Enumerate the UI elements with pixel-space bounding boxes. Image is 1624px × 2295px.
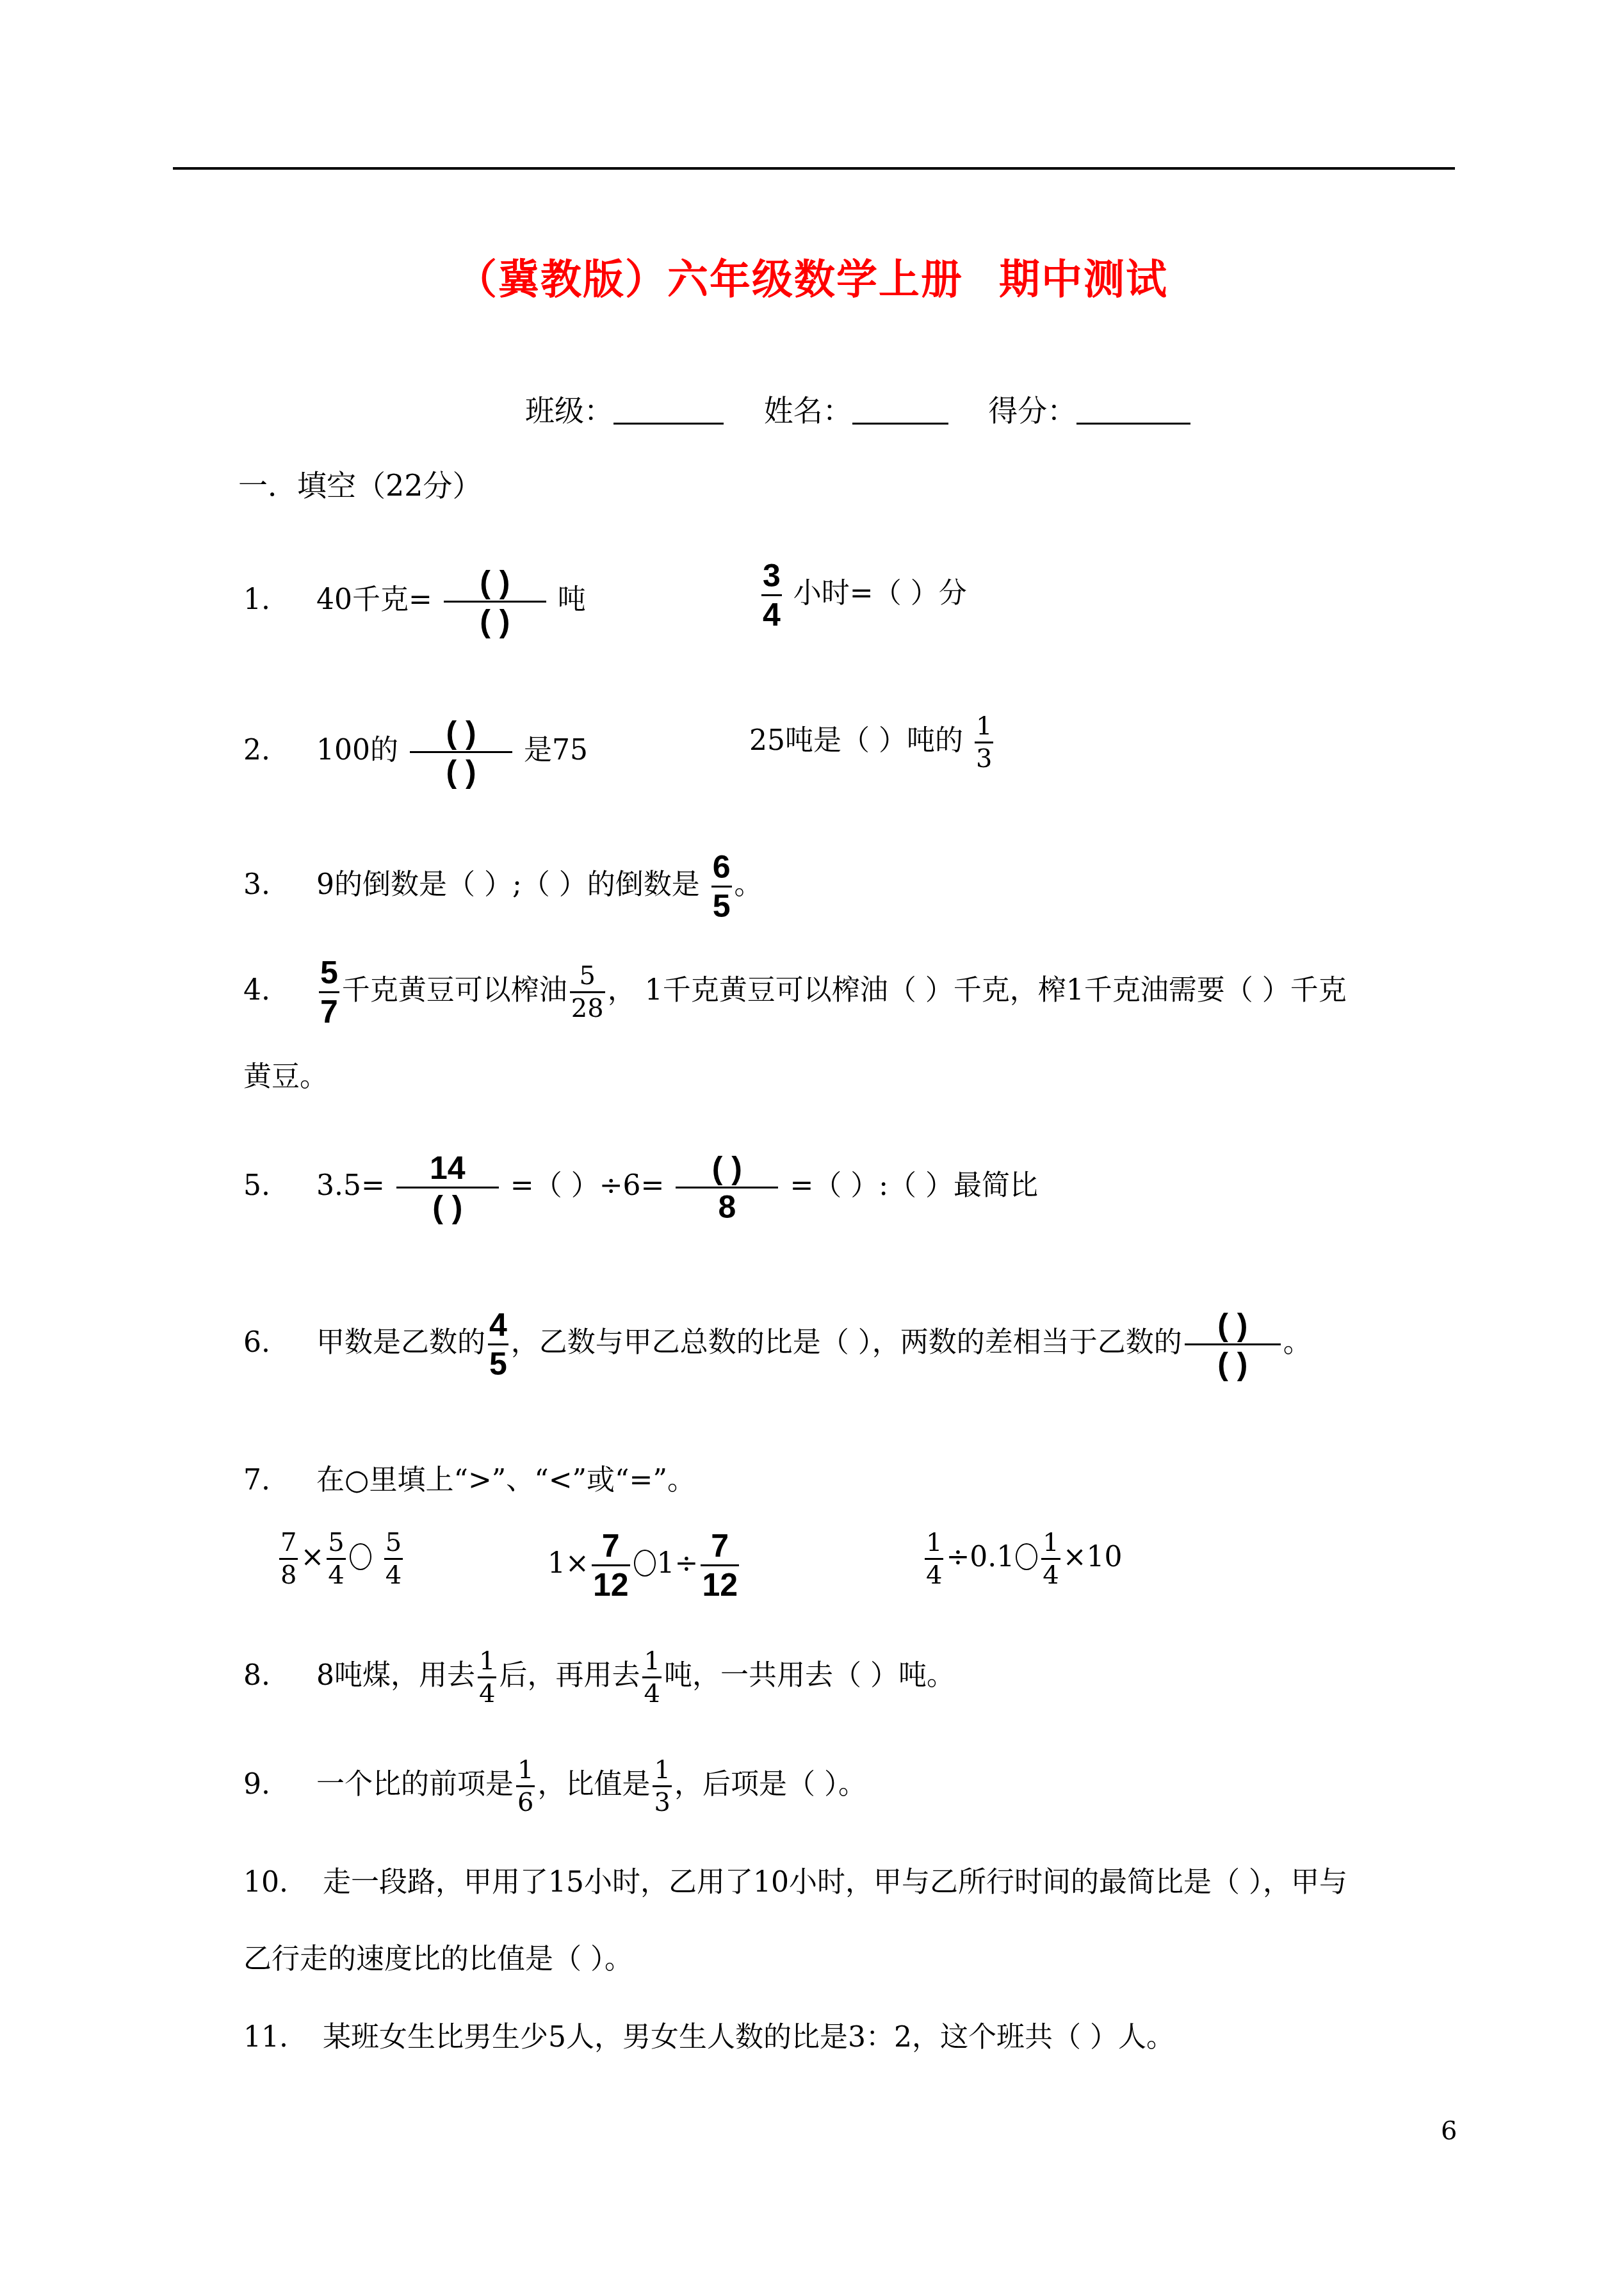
answer-blank[interactable]: =（ ）÷6= (510, 1169, 665, 1202)
compare-item-1: 78×54 54 (277, 1527, 405, 1591)
fraction-blank[interactable]: 14( ) (396, 1149, 499, 1226)
question-1: 1. 40千克= ( )( ) 吨 (243, 564, 586, 640)
question-1b: 34 小时=（ ）分 (759, 557, 967, 633)
question-10-cont[interactable]: 乙行走的速度比的比值是（ ）。 (243, 1945, 633, 1974)
student-info: 班级： 姓名： 得分： (525, 387, 1221, 430)
question-2b: 25吨是（ ）吨的 13 (749, 711, 996, 774)
section-heading: 一．填空（22分） (238, 462, 482, 505)
score-field[interactable]: 得分： (988, 387, 1190, 430)
page-number: 6 (1441, 2116, 1457, 2146)
class-field[interactable]: 班级： (525, 387, 724, 430)
answer-blank[interactable]: ， 1千克黄豆可以榨油（ ）千克，榨1千克油需要（ ）千克 (608, 974, 1347, 1007)
question-11: 11. 某班女生比男生少5人，男女生人数的比是3：2，这个班共（ ）人。 (243, 2023, 1174, 2052)
question-4: 4. 57千克黄豆可以榨油528， 1千克黄豆可以榨油（ ）千克，榨1千克油需要… (243, 954, 1347, 1030)
answer-blank[interactable]: 9的倒数是（ ）;（ ）的倒数是 (316, 868, 700, 901)
question-4-cont: 黄豆。 (243, 1063, 328, 1091)
exam-page: （冀教版）六年级数学上册期中测试 班级： 姓名： 得分： 一．填空（22分） 1… (0, 0, 1624, 2295)
answer-blank[interactable]: 走一段路，甲用了15小时，乙用了10小时，甲与乙所行时间的最简比是（ ），甲与 (323, 1866, 1347, 1899)
question-8: 8. 8吨煤，用去14后，再用去14吨，一共用去（ ）吨。 (243, 1646, 955, 1709)
question-7: 7. 在○里填上“>”、“<”或“=”。 (243, 1466, 695, 1495)
compare-circle[interactable] (634, 1550, 656, 1577)
answer-blank[interactable]: ，乙数与甲乙总数的比是（ ），两数的差相当于乙数的 (511, 1326, 1182, 1359)
fraction-blank[interactable]: ( )8 (676, 1149, 778, 1226)
fraction-blank[interactable]: ( )( ) (444, 564, 546, 640)
title-main: （冀教版）六年级数学上册 (456, 256, 963, 304)
answer-blank[interactable]: 吨，一共用去（ ）吨。 (664, 1659, 955, 1692)
title-sub: 期中测试 (999, 256, 1168, 304)
compare-circle[interactable] (350, 1543, 371, 1570)
compare-item-2: 1×7121÷712 (548, 1527, 742, 1603)
question-6: 6. 甲数是乙数的45，乙数与甲乙总数的比是（ ），两数的差相当于乙数的( )(… (243, 1306, 1311, 1383)
question-9: 9. 一个比的前项是16，比值是13，后项是（ ）。 (243, 1755, 866, 1818)
question-2: 2. 100的 ( )( ) 是75 (243, 714, 588, 790)
name-field[interactable]: 姓名： (764, 387, 948, 430)
answer-blank[interactable]: ，后项是（ ）。 (674, 1768, 866, 1801)
answer-blank[interactable]: 小时=（ ）分 (793, 577, 967, 610)
answer-blank[interactable]: =（ ）:（ ）最简比 (790, 1169, 1038, 1202)
compare-circle[interactable] (1016, 1543, 1037, 1570)
question-3: 3. 9的倒数是（ ）;（ ）的倒数是 65。 (243, 848, 763, 925)
question-5: 5. 3.5= 14( ) =（ ）÷6= ( )8 =（ ）:（ ）最简比 (243, 1149, 1038, 1226)
question-10: 10. 走一段路，甲用了15小时，乙用了10小时，甲与乙所行时间的最简比是（ ）… (243, 1869, 1347, 1897)
fraction-blank[interactable]: ( )( ) (1185, 1306, 1281, 1383)
answer-blank[interactable]: 25吨是（ ）吨的 (749, 724, 963, 757)
header-rule (173, 167, 1455, 170)
compare-item-3: 14÷0.114×10 (922, 1527, 1123, 1591)
fraction-blank[interactable]: ( )( ) (410, 714, 512, 790)
page-title: （冀教版）六年级数学上册期中测试 (0, 247, 1624, 305)
answer-blank[interactable]: 某班女生比男生少5人，男女生人数的比是3：2，这个班共（ ）人。 (323, 2021, 1174, 2054)
